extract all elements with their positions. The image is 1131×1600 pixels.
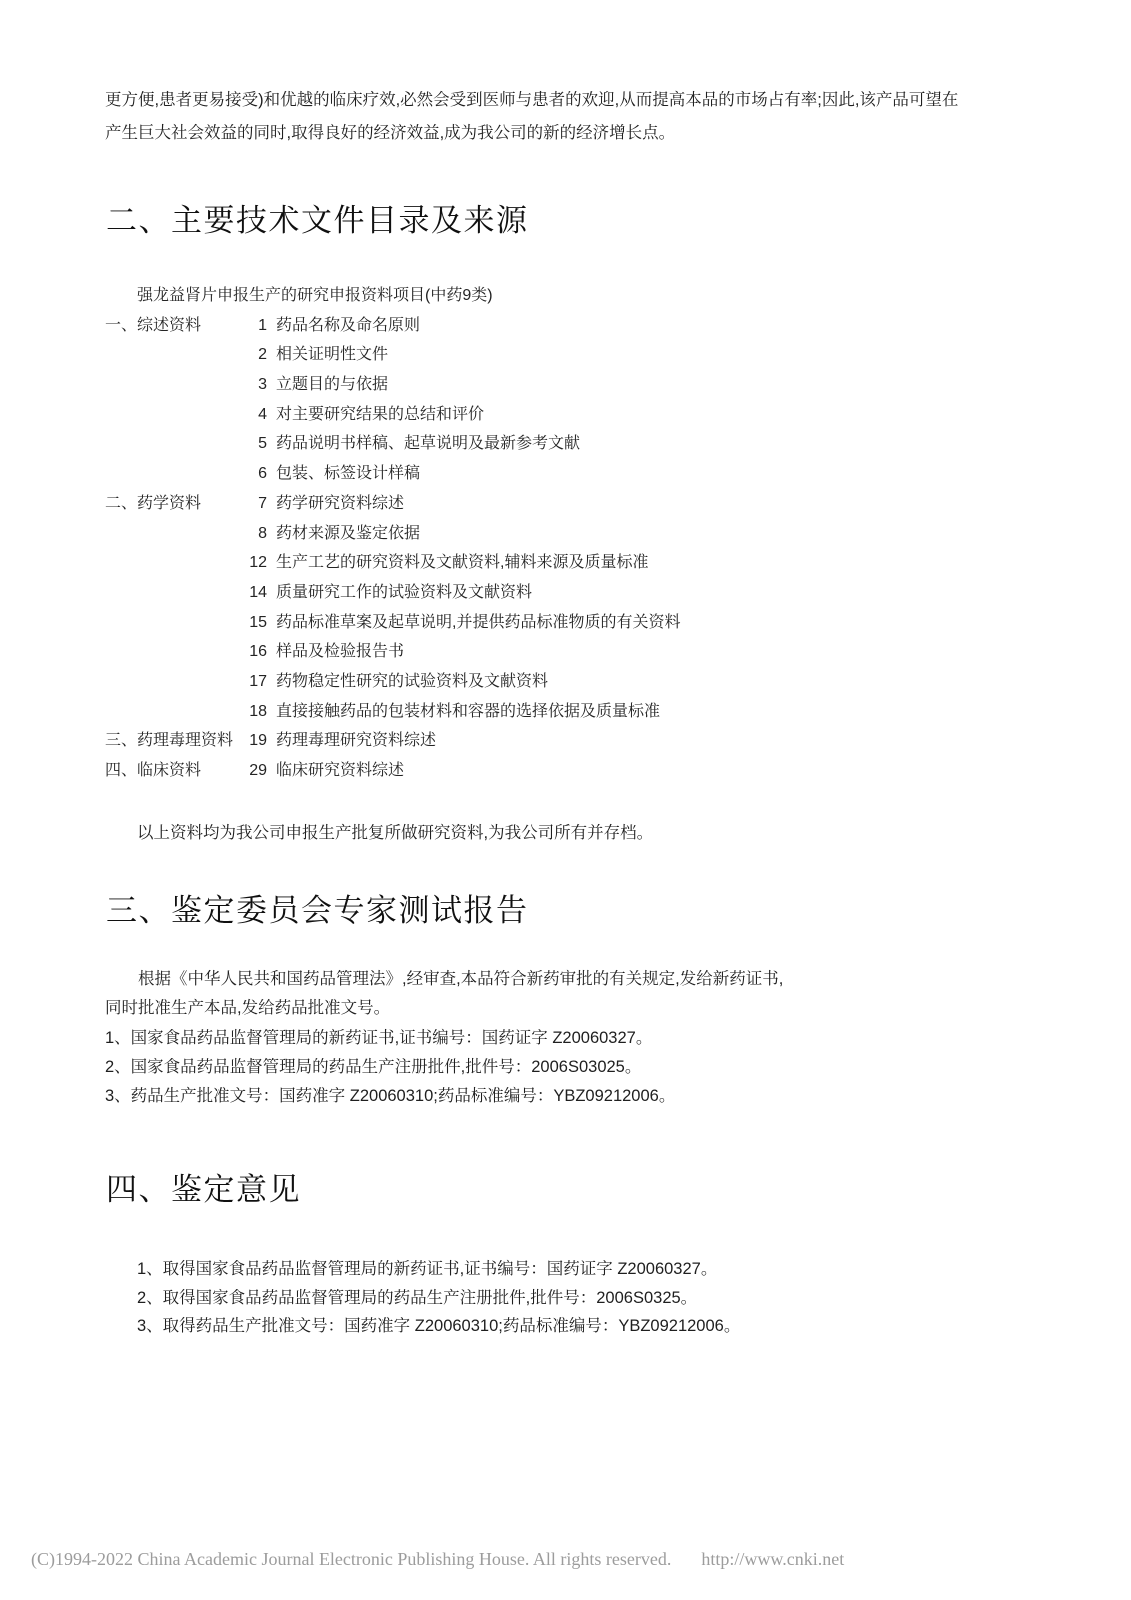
item-text: 样品及检验报告书 <box>276 637 404 667</box>
item-text: 对主要研究结果的总结和评价 <box>276 400 484 430</box>
item-text: 药物稳定性研究的试验资料及文献资料 <box>276 667 548 697</box>
category-label <box>105 459 245 489</box>
opinion-item: 1、取得国家食品药品监督管理局的新药证书,证书编号：国药证字 Z20060327… <box>137 1255 740 1284</box>
item-text: 药学研究资料综述 <box>276 489 404 519</box>
item-number: 15 <box>245 608 267 638</box>
item-number: 14 <box>245 578 267 608</box>
item-number: 12 <box>245 548 267 578</box>
item-text: 临床研究资料综述 <box>276 756 404 786</box>
category-label: 一、综述资料 <box>105 311 245 341</box>
paragraph-line: 产生巨大社会效益的同时,取得良好的经济效益,成为我公司的新的经济增长点。 <box>105 117 1025 150</box>
item-number: 29 <box>245 756 267 786</box>
section-heading-appraisal-opinion: 四、鉴定意见 <box>106 1172 301 1208</box>
list-row: 2 相关证明性文件 <box>105 340 680 370</box>
list-row: 17 药物稳定性研究的试验资料及文献资料 <box>105 667 680 697</box>
list-row: 18 直接接触药品的包装材料和容器的选择依据及质量标准 <box>105 697 680 727</box>
item-text: 包装、标签设计样稿 <box>276 459 420 489</box>
item-text: 相关证明性文件 <box>276 340 388 370</box>
paragraph-line: 根据《中华人民共和国药品管理法》,经审查,本品符合新药审批的有关规定,发给新药证… <box>105 965 783 994</box>
item-number: 2 <box>245 340 267 370</box>
list-row: 3 立题目的与依据 <box>105 370 680 400</box>
item-number: 4 <box>245 400 267 430</box>
cnki-url: http://www.cnki.net <box>701 1549 844 1569</box>
list-row: 四、临床资料 29 临床研究资料综述 <box>105 756 680 786</box>
opinion-item: 2、取得国家食品药品监督管理局的药品生产注册批件,批件号：2006S0325。 <box>137 1284 740 1313</box>
item-text: 药品标准草案及起草说明,并提供药品标准物质的有关资料 <box>276 608 680 638</box>
list-row: 三、药理毒理资料 19 药理毒理研究资料综述 <box>105 726 680 756</box>
item-text: 药材来源及鉴定依据 <box>276 519 420 549</box>
item-text: 质量研究工作的试验资料及文献资料 <box>276 578 532 608</box>
certificate-item: 1、国家食品药品监督管理局的新药证书,证书编号：国药证字 Z20060327。 <box>105 1024 783 1053</box>
list-row: 一、综述资料 1 药品名称及命名原则 <box>105 311 680 341</box>
item-number: 1 <box>245 311 267 341</box>
item-text: 药品名称及命名原则 <box>276 311 420 341</box>
item-number: 17 <box>245 667 267 697</box>
category-label <box>105 637 245 667</box>
item-number: 18 <box>245 697 267 727</box>
certificate-item: 2、国家食品药品监督管理局的药品生产注册批件,批件号：2006S03025。 <box>105 1053 783 1082</box>
category-label <box>105 608 245 638</box>
category-label <box>105 667 245 697</box>
item-number: 6 <box>245 459 267 489</box>
list-row: 5 药品说明书样稿、起草说明及最新参考文献 <box>105 429 680 459</box>
footer: (C)1994-2022 China Academic Journal Elec… <box>31 1549 844 1570</box>
item-text: 药品说明书样稿、起草说明及最新参考文献 <box>276 429 580 459</box>
category-label <box>105 400 245 430</box>
document-page: 更方便,患者更易接受)和优越的临床疗效,必然会受到医师与患者的欢迎,从而提高本品… <box>0 0 1131 1600</box>
item-number: 8 <box>245 519 267 549</box>
item-number: 5 <box>245 429 267 459</box>
document-list: 强龙益肾片申报生产的研究申报资料项目(中药9类) 一、综述资料 1 药品名称及命… <box>105 281 680 786</box>
list-row: 4 对主要研究结果的总结和评价 <box>105 400 680 430</box>
category-label <box>105 340 245 370</box>
category-label <box>105 697 245 727</box>
item-number: 16 <box>245 637 267 667</box>
item-text: 药理毒理研究资料综述 <box>276 726 436 756</box>
list-row: 16 样品及检验报告书 <box>105 637 680 667</box>
category-label: 四、临床资料 <box>105 756 245 786</box>
paragraph-line: 同时批准生产本品,发给药品批准文号。 <box>105 994 783 1023</box>
item-number: 19 <box>245 726 267 756</box>
copyright-text: (C)1994-2022 China Academic Journal Elec… <box>31 1549 671 1569</box>
expert-test-report-body: 根据《中华人民共和国药品管理法》,经审查,本品符合新药审批的有关规定,发给新药证… <box>105 965 783 1111</box>
list-row: 8 药材来源及鉴定依据 <box>105 519 680 549</box>
document-list-title: 强龙益肾片申报生产的研究申报资料项目(中药9类) <box>105 281 680 311</box>
list-row: 二、药学资料 7 药学研究资料综述 <box>105 489 680 519</box>
item-number: 7 <box>245 489 267 519</box>
category-label: 三、药理毒理资料 <box>105 726 245 756</box>
certificate-item: 3、药品生产批准文号：国药准字 Z20060310;药品标准编号：YBZ0921… <box>105 1082 783 1111</box>
list-row: 12 生产工艺的研究资料及文献资料,辅料来源及质量标准 <box>105 548 680 578</box>
list-row: 14 质量研究工作的试验资料及文献资料 <box>105 578 680 608</box>
item-number: 3 <box>245 370 267 400</box>
item-text: 立题目的与依据 <box>276 370 388 400</box>
category-label <box>105 429 245 459</box>
list-row: 15 药品标准草案及起草说明,并提供药品标准物质的有关资料 <box>105 608 680 638</box>
category-label <box>105 548 245 578</box>
archive-note: 以上资料均为我公司申报生产批复所做研究资料,为我公司所有并存档。 <box>137 818 653 848</box>
section-heading-expert-test-report: 三、鉴定委员会专家测试报告 <box>106 893 529 929</box>
appraisal-opinion-body: 1、取得国家食品药品监督管理局的新药证书,证书编号：国药证字 Z20060327… <box>137 1255 740 1341</box>
list-row: 6 包装、标签设计样稿 <box>105 459 680 489</box>
paragraph-line: 更方便,患者更易接受)和优越的临床疗效,必然会受到医师与患者的欢迎,从而提高本品… <box>105 84 1025 117</box>
item-text: 生产工艺的研究资料及文献资料,辅料来源及质量标准 <box>276 548 648 578</box>
category-label: 二、药学资料 <box>105 489 245 519</box>
category-label <box>105 519 245 549</box>
item-text: 直接接触药品的包装材料和容器的选择依据及质量标准 <box>276 697 660 727</box>
intro-paragraph: 更方便,患者更易接受)和优越的临床疗效,必然会受到医师与患者的欢迎,从而提高本品… <box>105 84 1025 150</box>
opinion-item: 3、取得药品生产批准文号：国药准字 Z20060310;药品标准编号：YBZ09… <box>137 1312 740 1341</box>
category-label <box>105 370 245 400</box>
section-heading-technical-files: 二、主要技术文件目录及来源 <box>106 203 529 239</box>
category-label <box>105 578 245 608</box>
